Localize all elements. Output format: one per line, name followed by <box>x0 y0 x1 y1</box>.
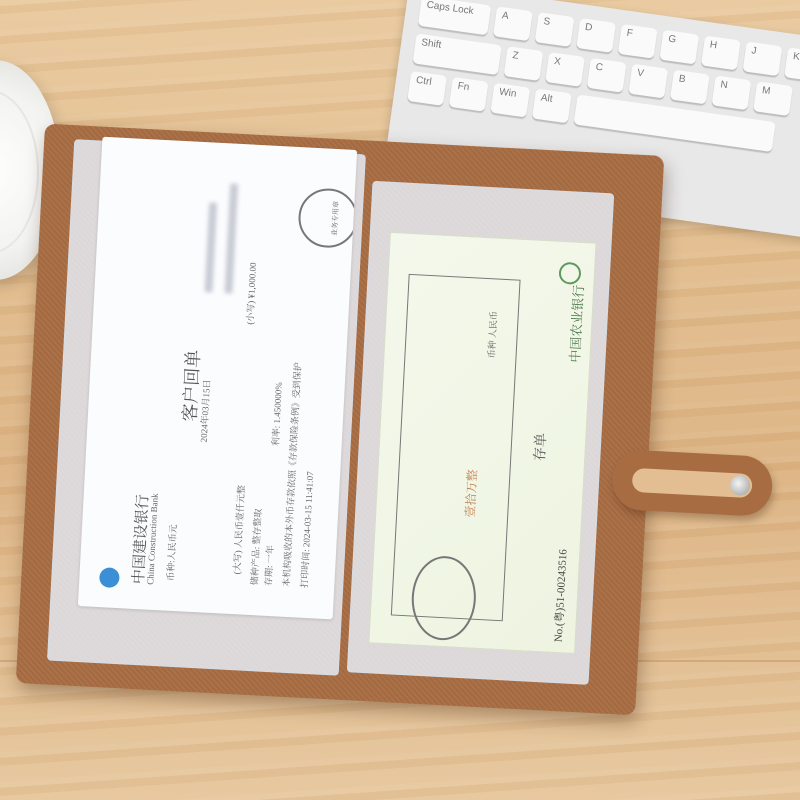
term: 存期: 一年 <box>261 545 276 586</box>
abc-logo-icon <box>558 262 581 285</box>
snap-closure-tab[interactable] <box>611 449 774 517</box>
key: G <box>659 30 699 65</box>
abc-bank-name: 中国农业银行 <box>564 284 587 363</box>
key-windows: Win <box>490 83 530 118</box>
document-wallet: 中国建设银行 China Construction Bank 客户回单 2024… <box>16 124 684 717</box>
key: S <box>535 12 575 47</box>
serial-number: No.(粤)51-00243516 <box>550 549 571 643</box>
key: Z <box>504 46 544 81</box>
amount-number: (小写) ¥1,000.00 <box>243 262 259 325</box>
key-shift: Shift <box>412 33 501 75</box>
receipt-date: 2024年03月15日 <box>197 379 213 443</box>
key: A <box>493 6 533 41</box>
key-caps-lock: Caps Lock <box>418 0 491 35</box>
key-fn: Fn <box>449 77 489 112</box>
key: M <box>753 81 793 116</box>
key: J <box>743 41 783 76</box>
abc-deposit-certificate: 中国农业银行 存单 No.(粤)51-00243516 币种 人民币 壹拾万整 <box>368 232 596 654</box>
currency: 币种:人民币元 <box>163 524 179 581</box>
key: N <box>712 75 752 110</box>
certificate-title: 存单 <box>529 432 550 461</box>
print-time: 打印时间: 2024-03-15 11:41:07 <box>297 471 316 588</box>
ccb-logo-icon <box>99 567 120 588</box>
key: F <box>618 24 658 59</box>
key: H <box>701 36 741 71</box>
rate: 利率: 1.450000% <box>269 382 285 447</box>
amount-words: (大写) 人民币壹仟元整 <box>230 485 248 575</box>
ccb-customer-receipt: 中国建设银行 China Construction Bank 客户回单 2024… <box>78 137 357 620</box>
key: K <box>784 47 800 82</box>
key: V <box>628 64 668 99</box>
key: B <box>670 70 710 105</box>
key-alt: Alt <box>532 89 572 124</box>
redacted-field <box>224 183 238 293</box>
stamp-text: 业务专用章 <box>330 201 342 236</box>
key: D <box>576 18 616 53</box>
key-ctrl: Ctrl <box>407 71 447 106</box>
key: X <box>545 52 585 87</box>
redacted-field <box>204 202 217 292</box>
official-stamp: 业务专用章 <box>297 187 357 249</box>
key: C <box>587 58 627 93</box>
